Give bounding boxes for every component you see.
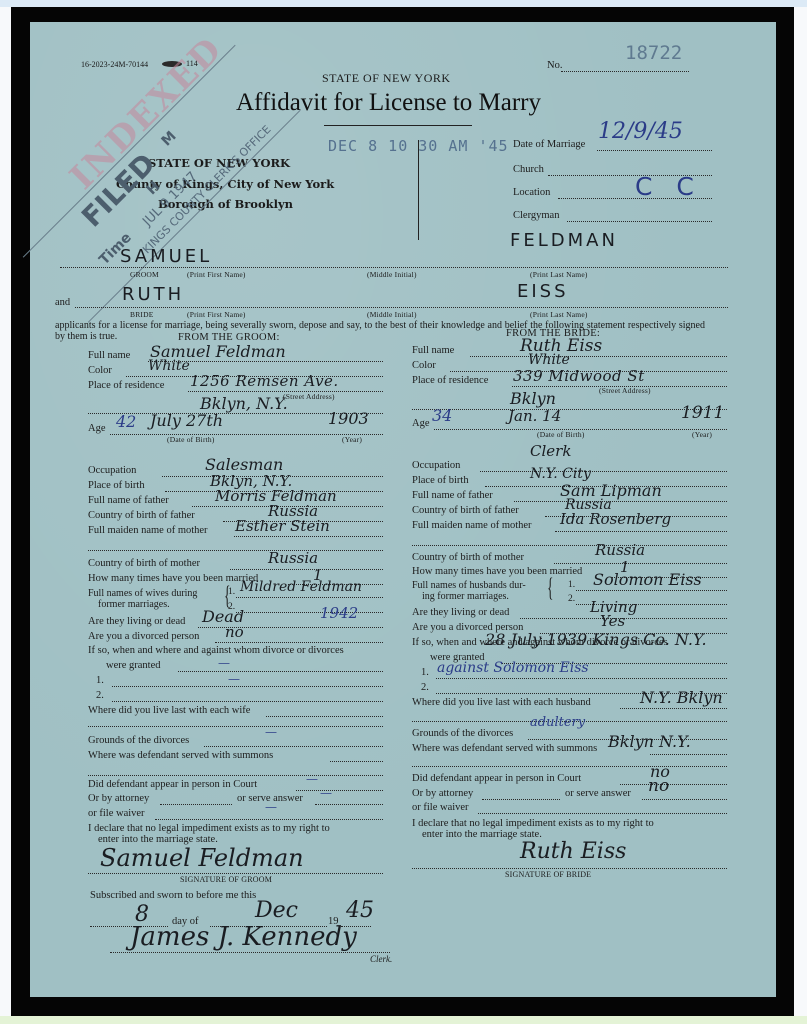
bride-served: Bklyn N.Y. [608, 732, 691, 751]
and-label: and [55, 297, 70, 308]
groom-signature-line [88, 873, 383, 874]
bride-last-caption: (Print Last Name) [530, 310, 588, 319]
bottom-bar [0, 1016, 807, 1024]
groom-attorney-label: Or by attorney [88, 793, 149, 804]
bride-grounds-label: Grounds of the divorces [412, 728, 513, 739]
groom-divorce-q2: were granted [106, 660, 161, 671]
jurat-text: Subscribed and sworn to before me this [90, 890, 256, 901]
groom-dob: July 27th [150, 411, 223, 430]
left-margin [0, 7, 11, 1016]
groom-father-label: Full name of father [88, 495, 169, 506]
clergyman-line [567, 221, 712, 222]
bride-residence: 339 Midwood St [513, 367, 645, 385]
bride-mother-line [555, 531, 727, 532]
groom-full-name-label: Full name [88, 350, 130, 361]
bride-middle-caption: (Middle Initial) [367, 310, 417, 319]
groom-live-last-label: Where did you live last with each wife [88, 705, 250, 716]
groom-times-married-label: How many times have you been married [88, 573, 258, 584]
groom-divorce-num1: 1. [96, 675, 104, 686]
bride-appear-label: Did defendant appear in person in Court [412, 773, 581, 784]
bride-occupation-line [480, 471, 727, 472]
groom-former-spouse-1: Mildred Feldman [240, 579, 362, 595]
groom-occupation-label: Occupation [88, 465, 136, 476]
groom-mother-maiden: Esther Stein [235, 517, 330, 535]
clerk-signature[interactable]: James J. Kennedy [130, 922, 357, 952]
bride-husbands-label-1: Full names of husbands dur- [412, 580, 526, 591]
bride-residence-label: Place of residence [412, 375, 488, 386]
bride-signature[interactable]: Ruth Eiss [520, 839, 626, 864]
oath-text: applicants for a license for marriage, b… [55, 320, 705, 342]
bride-father-line [514, 501, 727, 502]
groom-served-line2 [88, 775, 383, 776]
form-code: 16-2023-24M-70144 [81, 60, 148, 69]
bride-divorce-1: against Solomon Eiss [437, 660, 589, 676]
bride-divorce-granted: 28 July 1939 Kings Co. N.Y. [485, 630, 707, 649]
bride-divorce-num2: 2. [421, 682, 429, 693]
groom-caption: GROOM [130, 270, 159, 279]
groom-divorced-line [215, 642, 383, 643]
groom-street-caption: (Street Address) [283, 392, 335, 401]
jurat-month: Dec [255, 898, 298, 923]
bride-first-name: RUTH [122, 284, 184, 305]
groom-living-dead-year: 1942 [320, 604, 358, 622]
groom-divorce-1: — [228, 672, 240, 686]
bride-live-last-line [620, 708, 727, 709]
bride-divorced: Yes [600, 612, 625, 630]
bride-father-label: Full name of father [412, 490, 493, 501]
bride-husbands-brace: { [547, 573, 553, 603]
bride-color-label: Color [412, 360, 436, 371]
bride-husbands-label-2: ing former marriages. [422, 591, 509, 602]
bride-dob-caption: (Date of Birth) [537, 430, 585, 439]
jurat-year: 45 [346, 898, 374, 923]
bride-declare-1: I declare that no legal impediment exist… [412, 818, 654, 829]
number-value: 18722 [625, 42, 682, 64]
bride-street-caption: (Street Address) [599, 386, 651, 395]
groom-granted-line [178, 671, 383, 672]
bride-signature-caption: SIGNATURE OF BRIDE [505, 870, 591, 879]
groom-grounds-label: Grounds of the divorces [88, 735, 189, 746]
bride-caption: BRIDE [130, 310, 154, 319]
groom-age-label: Age [88, 423, 106, 434]
groom-divorced-label: Are you a divorced person [88, 631, 199, 642]
groom-father-country-label: Country of birth of father [88, 510, 195, 521]
groom-dob-caption: (Date of Birth) [167, 435, 215, 444]
groom-file-waiver: — [265, 800, 277, 814]
groom-mother-line [234, 536, 383, 537]
bride-dob-year: 1911 [681, 403, 724, 423]
groom-age: 42 [116, 412, 136, 431]
date-of-marriage-line [597, 150, 712, 151]
bride-birthplace: N.Y. City [530, 466, 591, 482]
bride-mother-maiden: Ida Rosenberg [560, 510, 671, 528]
bride-served-line [650, 754, 727, 755]
groom-file-waiver-label: or file waiver [88, 808, 145, 819]
state-heading: STATE OF NEW YORK [322, 71, 451, 86]
bride-serve-answer-line [642, 799, 727, 800]
location-value: C C [635, 172, 702, 201]
groom-blank-line [88, 550, 383, 551]
groom-divorce-q1: If so, when and where and against whom d… [88, 645, 344, 656]
bride-dob: Jan. 14 [508, 407, 561, 425]
date-of-marriage-label: Date of Marriage [513, 139, 585, 150]
groom-residence-label: Place of residence [88, 380, 164, 391]
groom-color: White [148, 358, 190, 374]
title-rule [324, 125, 472, 126]
bride-live-last-label: Where did you live last with each husban… [412, 697, 591, 708]
groom-wives-num1: 1. [228, 587, 235, 597]
groom-file-waiver-line [155, 819, 383, 820]
groom-attorney-line [160, 804, 232, 805]
bride-attorney-label: Or by attorney [412, 788, 473, 799]
bride-color: White [528, 352, 570, 368]
bride-mother-label: Full maiden name of mother [412, 520, 532, 531]
groom-middle-caption: (Middle Initial) [367, 270, 417, 279]
bride-husbands-num2: 2. [568, 594, 575, 604]
bride-grounds: adultery [530, 715, 585, 730]
number-label: No. [547, 60, 562, 71]
groom-mother-country-line [230, 569, 383, 570]
bride-name-line [75, 307, 728, 308]
groom-mother-country-label: Country of birth of mother [88, 558, 200, 569]
groom-grounds-line [204, 746, 383, 747]
bride-live-last: N.Y. Bklyn [640, 688, 723, 707]
groom-first-name: SAMUEL [120, 246, 212, 267]
bride-residence-city: Bklyn [510, 389, 556, 408]
groom-mother-country: Russia [268, 549, 318, 567]
number-line [561, 71, 689, 72]
bride-occupation: Clerk [530, 442, 571, 460]
bride-appear-line [620, 784, 727, 785]
groom-living-label: Are they living or dead [88, 616, 185, 627]
church-label: Church [513, 164, 544, 175]
bride-husbands-num1: 1. [568, 580, 575, 590]
bride-occupation-label: Occupation [412, 460, 460, 471]
bride-age-label: Age [412, 418, 430, 429]
clerk-signature-line [110, 952, 390, 953]
bride-file-waiver-label: or file waiver [412, 802, 469, 813]
bride-signature-line [412, 868, 727, 869]
bride-mother-country: Russia [595, 541, 645, 559]
bride-age: 34 [432, 406, 452, 425]
stamp-bracket [418, 140, 419, 240]
groom-appear: — [306, 772, 318, 786]
affidavit-document: 16-2023-24M-70144 114 No. 18722 STATE OF… [30, 22, 776, 997]
groom-appear-line [296, 790, 383, 791]
groom-served-line [330, 761, 383, 762]
groom-residence: 1256 Remsen Ave. [190, 372, 339, 390]
location-label: Location [513, 187, 550, 198]
groom-wives-label-2: former marriages. [98, 599, 170, 610]
groom-appear-label: Did defendant appear in person in Court [88, 779, 257, 790]
clergyman-label: Clergyman [513, 210, 559, 221]
clerk-label: Clerk. [370, 954, 392, 964]
groom-wives-label-1: Full names of wives during [88, 588, 197, 599]
groom-year-caption: (Year) [342, 435, 362, 444]
bride-mother-country-label: Country of birth of mother [412, 552, 524, 563]
groom-serve-answer-line [315, 804, 383, 805]
groom-birthplace-label: Place of birth [88, 480, 145, 491]
bride-birthplace-label: Place of birth [412, 475, 469, 486]
bride-serve-answer: no [648, 776, 669, 796]
bride-served-line2 [412, 766, 727, 767]
groom-color-label: Color [88, 365, 112, 376]
groom-live-last-line [266, 716, 383, 717]
groom-signature-caption: SIGNATURE OF GROOM [180, 875, 272, 884]
bride-last-name: EISS [517, 281, 569, 302]
groom-last-name: FELDMAN [510, 230, 618, 251]
bride-attorney-line [482, 799, 560, 800]
groom-first-caption: (Print First Name) [187, 270, 246, 279]
groom-serve-answer: — [320, 786, 332, 800]
bride-mother-country-line [554, 563, 727, 564]
groom-last-caption: (Print Last Name) [530, 270, 588, 279]
top-bar [0, 0, 807, 7]
page-title: Affidavit for License to Marry [236, 89, 541, 117]
bride-divorce1-line [436, 678, 727, 679]
groom-divorce-granted: — [218, 656, 230, 670]
bride-times-married-label: How many times have you been married [412, 566, 582, 577]
bride-divorce-num1: 1. [421, 667, 429, 678]
bride-full-name-line [470, 356, 727, 357]
groom-served-label: Where was defendant served with summons [88, 750, 273, 761]
groom-divorced: no [225, 623, 244, 641]
bride-first-caption: (Print First Name) [187, 310, 246, 319]
bride-former-spouse-1: Solomon Eiss [593, 570, 702, 589]
groom-divorce1-line [112, 686, 383, 687]
groom-grounds: — [265, 725, 277, 739]
groom-wife2-line [236, 612, 383, 613]
groom-mother-label: Full maiden name of mother [88, 525, 208, 536]
groom-dob-year: 1903 [328, 409, 369, 428]
bride-full-name-label: Full name [412, 345, 454, 356]
bride-file-waiver-line [478, 813, 727, 814]
bride-husband1-line [576, 590, 727, 591]
bride-year-caption: (Year) [692, 430, 712, 439]
groom-wife1-line [236, 597, 383, 598]
bride-serve-answer-label: or serve answer [565, 788, 631, 799]
bride-served-label: Where was defendant served with summons [412, 743, 597, 754]
bride-blank-line [412, 545, 727, 546]
groom-divorce-num2: 2. [96, 690, 104, 701]
groom-declare-1: I declare that no legal impediment exist… [88, 823, 330, 834]
groom-divorce2-line [112, 701, 383, 702]
date-of-marriage-value: 12/9/45 [598, 119, 683, 144]
stamp-m: M [159, 128, 180, 149]
bride-father-country-label: Country of birth of father [412, 505, 519, 516]
groom-name-line [60, 267, 728, 268]
groom-live-last-line2 [88, 726, 383, 727]
bride-city-line [412, 409, 727, 410]
bride-living-label: Are they living or dead [412, 607, 509, 618]
groom-signature[interactable]: Samuel Feldman [100, 844, 304, 872]
